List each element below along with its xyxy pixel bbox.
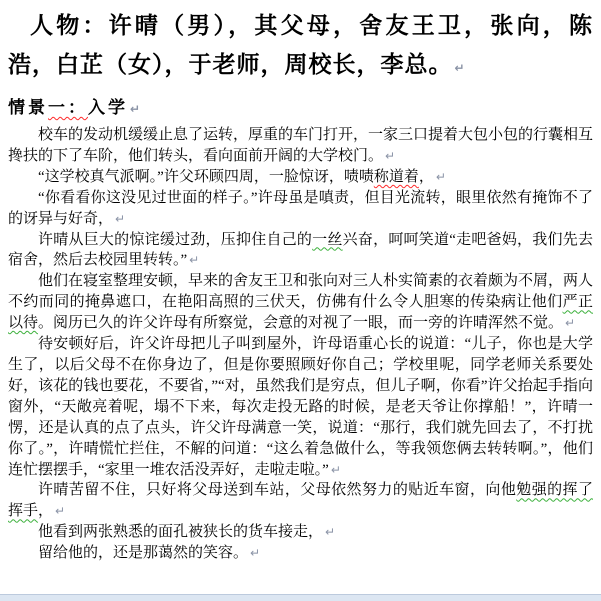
paragraph: 他们在寝室整理安顿，早来的舍友王卫和张向对三人朴实简素的衣着颇为不屑，两人不约而… [8,271,593,334]
text-segment: ， [419,169,434,185]
paragraph-mark-icon: ↵ [329,463,341,477]
text-segment: 校车的发动机缓缓止息了运转，厚重的车门打开，一家三口提着大包小包的行囊相互搀扶的… [8,127,593,164]
text-segment: ， [38,503,53,519]
paragraph: 校车的发动机缓缓止息了运转，厚重的车门打开，一家三口提着大包小包的行囊相互搀扶的… [8,125,593,167]
paragraph-mark-icon: ↵ [248,546,260,560]
text-segment: “你看看你这没见过世面的样子。”许母虽是嗔责，但目光流转，眼里依然有掩饰不了的讶… [8,190,593,227]
paragraph-mark-icon: ↵ [453,61,465,75]
paragraph: 待安顿好后，许父许母把儿子叫到屋外，许母语重心长的说道：“儿子，你也是大学生了，… [8,334,593,480]
spelling-error-underline: 称道着 [374,169,419,185]
document-page[interactable]: 人物：许晴（男），其父母，舍友王卫，张向，陈浩，白芷（女），于老师，周校长，李总… [0,0,601,601]
text-segment: 他们在寝室整理安顿，早来的舍友王卫和张向对三人朴实简素的衣着颇为不屑，两人不约而… [8,273,593,310]
paragraph: “你看看你这没见过世面的样子。”许母虽是嗔责，但目光流转，眼里依然有掩饰不了的讶… [8,188,593,230]
paragraph: “这学校真气派啊。”许父环顾四周，一脸惊讶，啧啧称道着，↵ [8,167,593,188]
text-segment: “这学校真气派啊。”许父环顾四周，一脸惊讶，啧啧 [38,169,374,185]
spelling-error-underline: 一： [48,98,88,117]
text-segment: 留给他的，还是那蔼然的笑容。 [38,545,248,561]
text-segment: 情景 [8,98,48,117]
story-text: 校车的发动机缓缓止息了运转，厚重的车门打开，一家三口提着大包小包的行囊相互搀扶的… [8,125,593,564]
text-segment: 。阅历已久的许父许母有所察觉，会意的对视了一眼，而一旁的许晴浑然不觉。 [38,315,563,331]
paragraph-mark-icon: ↵ [53,504,65,518]
paragraph: 他看到两张熟悉的面孔被狭长的货车接走，↵ [8,522,593,543]
text-segment: 许晴苦留不住，只好将父母送到车站，父母依然努力的贴近车窗，向他 [38,482,516,498]
paragraph-mark-icon: ↵ [187,253,199,267]
paragraph-mark-icon: ↵ [383,149,395,163]
text-segment: 入学 [88,98,128,117]
characters-line-text: 人物：许晴（男），其父母，舍友王卫，张向，陈浩，白芷（女），于老师，周校长，李总… [8,13,593,77]
paragraph-mark-icon: ↵ [563,316,575,330]
paragraph-mark-icon: ↵ [323,525,335,539]
scene-heading-text: 情景一：入学↵ [8,98,140,117]
paragraph: 许晴苦留不住，只好将父母送到车站，父母依然努力的贴近车窗，向他勉强的挥了挥手，↵ [8,480,593,522]
text-segment: 许晴从巨大的惊诧缓过劲，压抑住自己的 [38,232,312,248]
paragraph-mark-icon: ↵ [113,212,125,226]
text-segment: 待安顿好后，许父许母把儿子叫到屋外，许母语重心长的说道：“儿子，你也是大学生了，… [8,336,593,477]
grammar-error-underline: 一丝 [312,232,342,248]
text-segment: 他看到两张熟悉的面孔被狭长的货车接走， [38,524,323,540]
paragraph-mark-icon: ↵ [128,102,140,116]
scene-heading: 情景一：入学↵ [8,96,593,121]
paragraph: 许晴从巨大的惊诧缓过劲，压抑住自己的一丝兴奋，呵呵笑道“走吧爸妈，我们先去宿舍，… [8,230,593,272]
characters-line: 人物：许晴（男），其父母，舍友王卫，张向，陈浩，白芷（女），于老师，周校长，李总… [8,6,593,88]
paragraph: 留给他的，还是那蔼然的笑容。↵ [8,543,593,564]
paragraph-mark-icon: ↵ [434,170,446,184]
window-bottom-edge [0,594,601,601]
